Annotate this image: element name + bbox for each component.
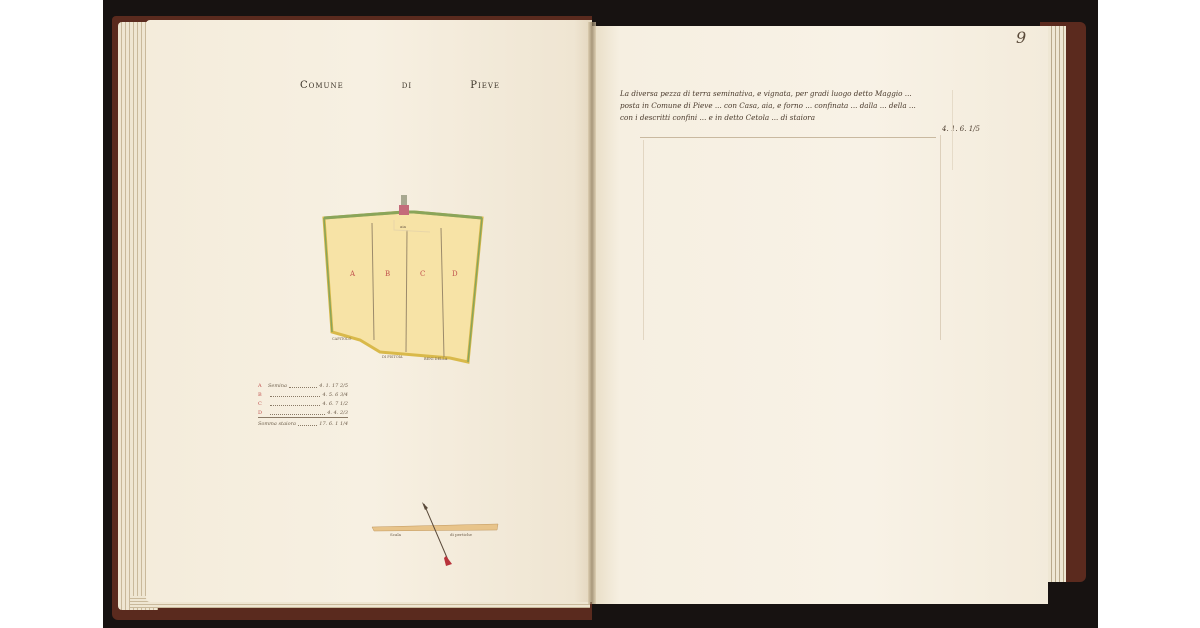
svg-text:CAPITOLO: CAPITOLO [332, 337, 351, 341]
table-row: C 4. 6. 7 1/2 [258, 399, 348, 408]
svg-text:DI PISTOIA: DI PISTOIA [382, 355, 403, 359]
area-measure: 4. 1. 6. 1/5 [942, 125, 980, 133]
svg-text:BENI DELLA: BENI DELLA [424, 357, 448, 361]
ruled-margin-right [940, 135, 941, 340]
handwritten-text: La diversa pezza di terra seminativa, e … [620, 89, 916, 122]
table-row: D 4. 4. 2/3 [258, 408, 348, 417]
page-title: Comune di Pieve [300, 80, 500, 91]
svg-text:C: C [420, 270, 425, 278]
handwritten-description: La diversa pezza di terra seminativa, e … [620, 88, 930, 124]
area-table: A Semina 4. 1. 17 2/5 B 4. 5. 6 3/4 C 4.… [258, 381, 348, 428]
book-gutter [588, 22, 596, 604]
svg-text:D: D [452, 270, 458, 278]
title-word-1: Comune [300, 80, 344, 91]
compass-arrow-icon: Scala di pertiche [370, 500, 500, 570]
svg-text:A: A [349, 270, 356, 278]
table-total-row: Somma staiora 17. 6. 1 1/4 [258, 417, 348, 428]
estate-map: aia A B C D CAPITOLO DI PISTOIA BENI DEL… [320, 190, 490, 370]
ruled-margin-right-upper [952, 90, 953, 170]
folio-number: 9 [1016, 28, 1026, 47]
title-word-3: Pieve [470, 80, 500, 91]
svg-text:B: B [385, 270, 390, 278]
text-underline [640, 137, 936, 138]
svg-text:Scala: Scala [390, 532, 402, 537]
map-drawing: aia A B C D CAPITOLO DI PISTOIA BENI DEL… [320, 190, 490, 370]
svg-text:di pertiche: di pertiche [450, 532, 473, 537]
svg-text:aia: aia [400, 224, 407, 229]
table-row: A Semina 4. 1. 17 2/5 [258, 381, 348, 390]
scale-bar-and-compass: Scala di pertiche [370, 500, 500, 570]
ruled-margin-left [643, 140, 644, 340]
table-row: B 4. 5. 6 3/4 [258, 390, 348, 399]
title-word-2: di [402, 80, 412, 91]
